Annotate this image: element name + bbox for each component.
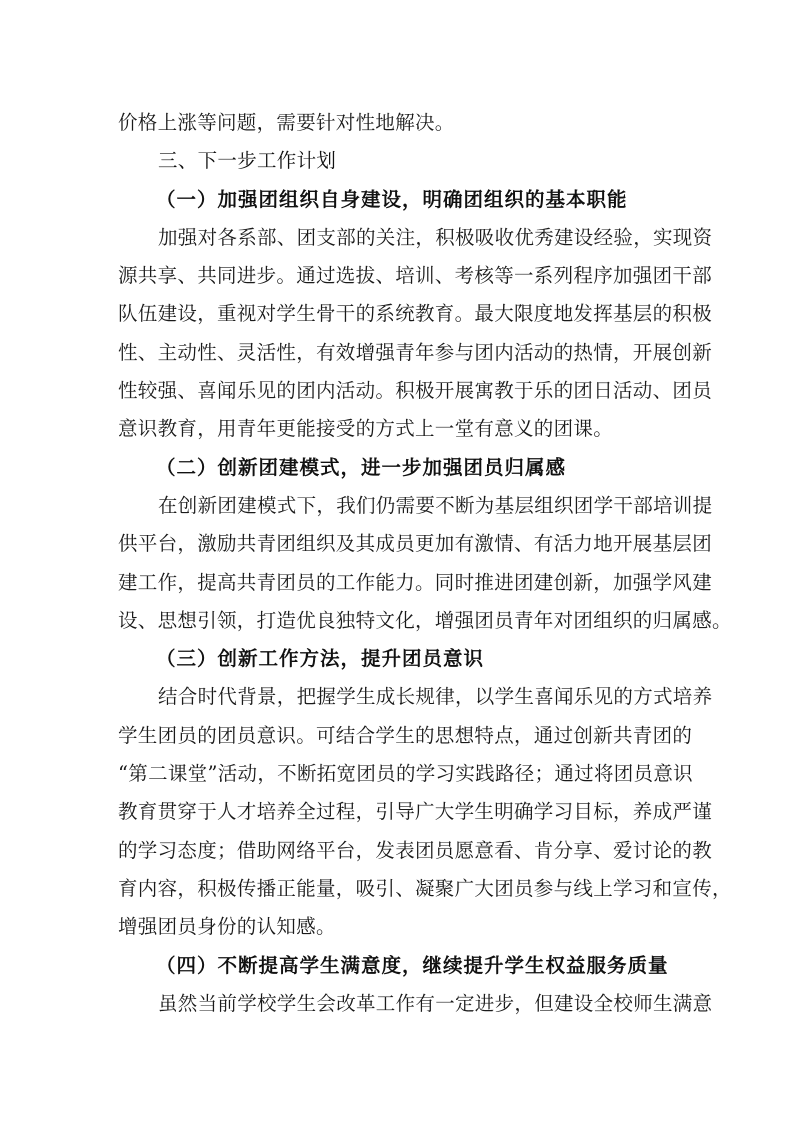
paragraph-line: 虽然当前学校学生会改革工作有一定进步，但建设全校师生满意 [118, 985, 674, 1023]
paragraph-line: 育内容，积极传播正能量，吸引、凝聚广大团员参与线上学习和宣传， [118, 870, 674, 908]
subsection-heading-2: （二）创新团建模式，进一步加强团员归属感 [118, 449, 674, 487]
paragraph-line: 在创新团建模式下，我们仍需要不断为基层组织团学干部培训提 [118, 487, 674, 525]
paragraph-line: “第二课堂”活动，不断拓宽团员的学习实践路径；通过将团员意识 [118, 755, 674, 793]
continuation-text: 价格上涨等问题，需要针对性地解决。 [118, 104, 674, 142]
paragraph-line: 意识教育，用青年更能接受的方式上一堂有意义的团课。 [118, 410, 674, 448]
paragraph-line: 性较强、喜闻乐见的团内活动。积极开展寓教于乐的团日活动、团员 [118, 372, 674, 410]
section-heading: 三、下一步工作计划 [118, 142, 674, 180]
subsection-heading-3: （三）创新工作方法，提升团员意识 [118, 640, 674, 678]
paragraph-line: 教育贯穿于人才培养全过程，引导广大学生明确学习目标，养成严谨 [118, 793, 674, 831]
paragraph-line: 建工作，提高共青团员的工作能力。同时推进团建创新，加强学风建 [118, 564, 674, 602]
paragraph-line: 的学习态度；借助网络平台，发表团员愿意看、肯分享、爱讨论的教 [118, 832, 674, 870]
paragraph-line: 供平台，激励共青团组织及其成员更加有激情、有活力地开展基层团 [118, 525, 674, 563]
subsection-heading-1: （一）加强团组织自身建设，明确团组织的基本职能 [118, 181, 674, 219]
paragraph-line: 结合时代背景，把握学生成长规律，以学生喜闻乐见的方式培养 [118, 678, 674, 716]
document-page: 价格上涨等问题，需要针对性地解决。 三、下一步工作计划 （一）加强团组织自身建设… [118, 104, 674, 1023]
paragraph-line: 设、思想引领，打造优良独特文化，增强团员青年对团组织的归属感。 [118, 602, 674, 640]
paragraph-line: 学生团员的团员意识。可结合学生的思想特点，通过创新共青团的 [118, 717, 674, 755]
paragraph-line: 性、主动性、灵活性，有效增强青年参与团内活动的热情，开展创新 [118, 334, 674, 372]
paragraph-line: 队伍建设，重视对学生骨干的系统教育。最大限度地发挥基层的积极 [118, 295, 674, 333]
subsection-heading-4: （四）不断提高学生满意度，继续提升学生权益服务质量 [118, 947, 674, 985]
paragraph-line: 增强团员身份的认知感。 [118, 908, 674, 946]
paragraph-line: 源共享、共同进步。通过选拔、培训、考核等一系列程序加强团干部 [118, 257, 674, 295]
paragraph-line: 加强对各系部、团支部的关注，积极吸收优秀建设经验，实现资 [118, 219, 674, 257]
